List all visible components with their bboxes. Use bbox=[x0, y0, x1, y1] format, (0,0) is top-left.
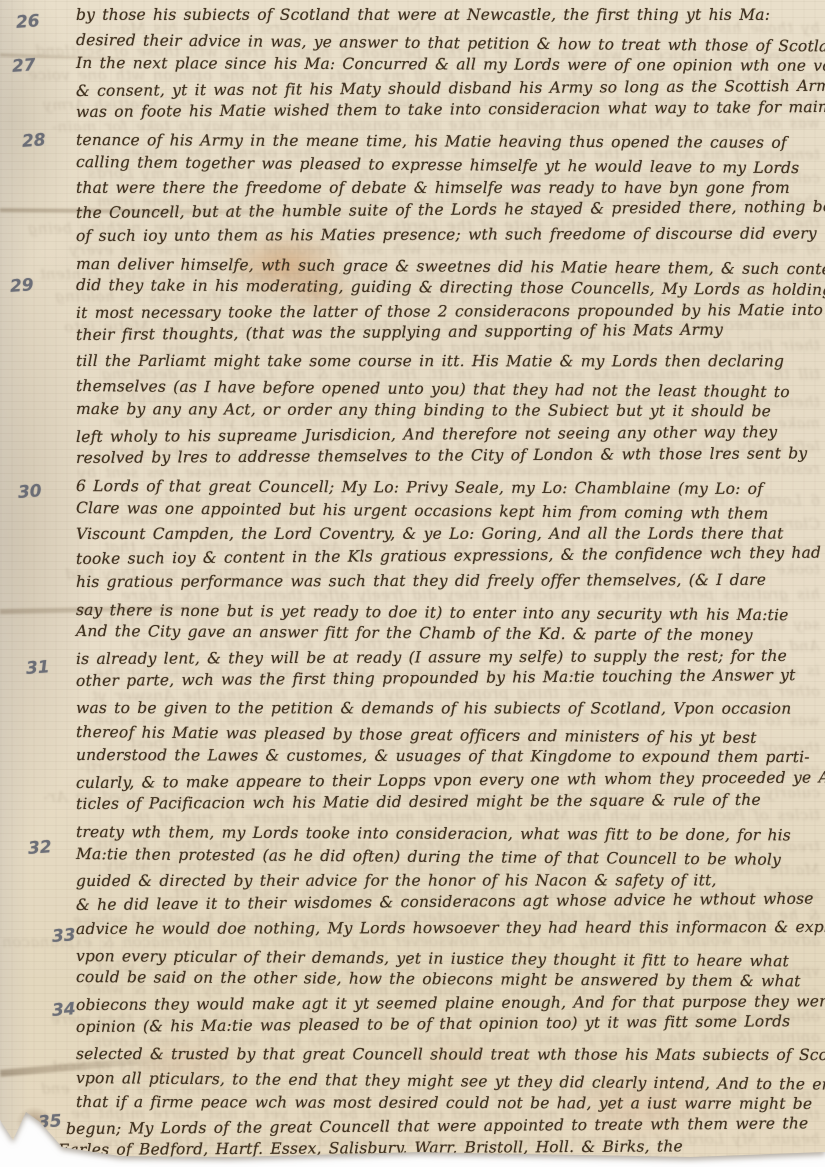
manuscript-line: In the next place since his Ma: Concurre… bbox=[76, 54, 825, 75]
manuscript-line: was on foote his Matie wished them to ta… bbox=[76, 98, 825, 121]
manuscript-line: was to be given to the petition & demand… bbox=[76, 699, 791, 718]
margin-number: 35 bbox=[37, 1111, 62, 1133]
margin-number: 27 bbox=[11, 55, 36, 77]
manuscript-line: obiecons they would make agt it yt seeme… bbox=[76, 993, 825, 1015]
manuscript-line: say there is none but is yet ready to do… bbox=[76, 601, 789, 624]
manuscript-line: thereof his Matie was pleased by those g… bbox=[76, 723, 757, 747]
margin-number: 28 bbox=[21, 130, 46, 152]
manuscript-line: Clare was one appointed but his urgent o… bbox=[76, 499, 769, 523]
manuscript-line: other parte, wch was the first thing pro… bbox=[76, 666, 796, 690]
manuscript-line: And the City gave an answer fitt for the… bbox=[76, 622, 753, 644]
manuscript-page: by those his subiects of Scotland that w… bbox=[0, 0, 825, 1162]
manuscript-line: left wholy to his supreame Jurisdicion, … bbox=[76, 423, 777, 446]
manuscript-line: it most necessary tooke the latter of th… bbox=[76, 301, 823, 322]
manuscript-line: cularly, & to make appeare to their Lopp… bbox=[76, 768, 825, 792]
manuscript-line: treaty wth them, my Lords tooke into con… bbox=[76, 823, 791, 844]
manuscript-line: & consent, yt it was not fit his Maty sh… bbox=[76, 77, 825, 100]
worn-left-edge bbox=[0, 0, 30, 1162]
margin-number: 30 bbox=[17, 481, 42, 503]
manuscript-line: vpon all pticulars, to the end that they… bbox=[76, 1069, 825, 1094]
manuscript-line: tenance of his Army in the meane time, h… bbox=[76, 131, 787, 152]
manuscript-line: make by any any Act, or order any thing … bbox=[76, 400, 771, 420]
margin-number: 34 bbox=[51, 999, 76, 1021]
margin-number: 31 bbox=[25, 657, 50, 679]
manuscript-line: Viscount Campden, the Lord Coventry, & y… bbox=[76, 525, 784, 543]
manuscript-line: did they take in his moderating, guiding… bbox=[76, 276, 825, 299]
margin-number: 33 bbox=[51, 925, 76, 947]
manuscript-line: man deliver himselfe, wth such grace & s… bbox=[76, 255, 825, 278]
manuscript-line: resolved by lres to addresse themselves … bbox=[76, 444, 807, 467]
manuscript-line: that were there the freedome of debate &… bbox=[76, 179, 790, 197]
manuscript-line: of such ioy unto them as his Maties pres… bbox=[76, 225, 817, 246]
manuscript-line: their first thoughts, (that was the supp… bbox=[76, 321, 723, 344]
manuscript-line: opinion (& his Ma:tie was pleased to be … bbox=[76, 1012, 790, 1036]
manuscript-line: advice he would doe nothing, My Lords ho… bbox=[76, 917, 825, 937]
margin-number: 26 bbox=[15, 11, 40, 33]
manuscript-line: calling them together was pleased to exp… bbox=[76, 153, 799, 177]
manuscript-line: till the Parliamt might take some course… bbox=[76, 352, 784, 370]
manuscript-line: desired their advice in was, ye answer t… bbox=[76, 31, 825, 56]
manuscript-line: is already lent, & they will be at ready… bbox=[76, 647, 787, 668]
manuscript-line: 6 Lords of that great Councell; My Lo: P… bbox=[76, 477, 763, 498]
manuscript-line: that if a firme peace wch was most desir… bbox=[76, 1093, 812, 1113]
manuscript-line: understood the Lawes & customes, & usuag… bbox=[76, 746, 810, 766]
manuscript-line: ticles of Pacificacion wch his Matie did… bbox=[76, 791, 761, 813]
manuscript-line: his gratious performance was such that t… bbox=[76, 571, 766, 591]
manuscript-line: the Councell, but at the humble suite of… bbox=[76, 198, 825, 223]
manuscript-line: tooke such ioy & content in the Kls grat… bbox=[76, 544, 821, 568]
manuscript-line: themselves (as I have before opened unto… bbox=[76, 377, 790, 401]
manuscript-page-wrapper: by those his subiects of Scotland that w… bbox=[0, 0, 825, 1167]
margin-number: 32 bbox=[27, 837, 52, 859]
manuscript-line: by those his subiects of Scotland that w… bbox=[76, 6, 770, 24]
manuscript-line: Earles of Bedford, Hartf. Essex, Salisbu… bbox=[58, 1138, 683, 1160]
manuscript-line: selected & trusted by that great Councel… bbox=[76, 1045, 825, 1064]
manuscript-line: could be said on the other side, how the… bbox=[76, 968, 801, 990]
manuscript-line: guided & directed by their advice for th… bbox=[76, 871, 717, 890]
manuscript-line: begun; My Lords of the great Councell th… bbox=[66, 1114, 808, 1138]
manuscript-line: Ma:tie then protested (as he did often) … bbox=[76, 845, 781, 869]
margin-number: 29 bbox=[9, 275, 34, 297]
manuscript-line: & he did leave it to their wisdomes & co… bbox=[76, 890, 814, 914]
manuscript-line: vpon every pticular of their demands, ye… bbox=[76, 947, 789, 970]
